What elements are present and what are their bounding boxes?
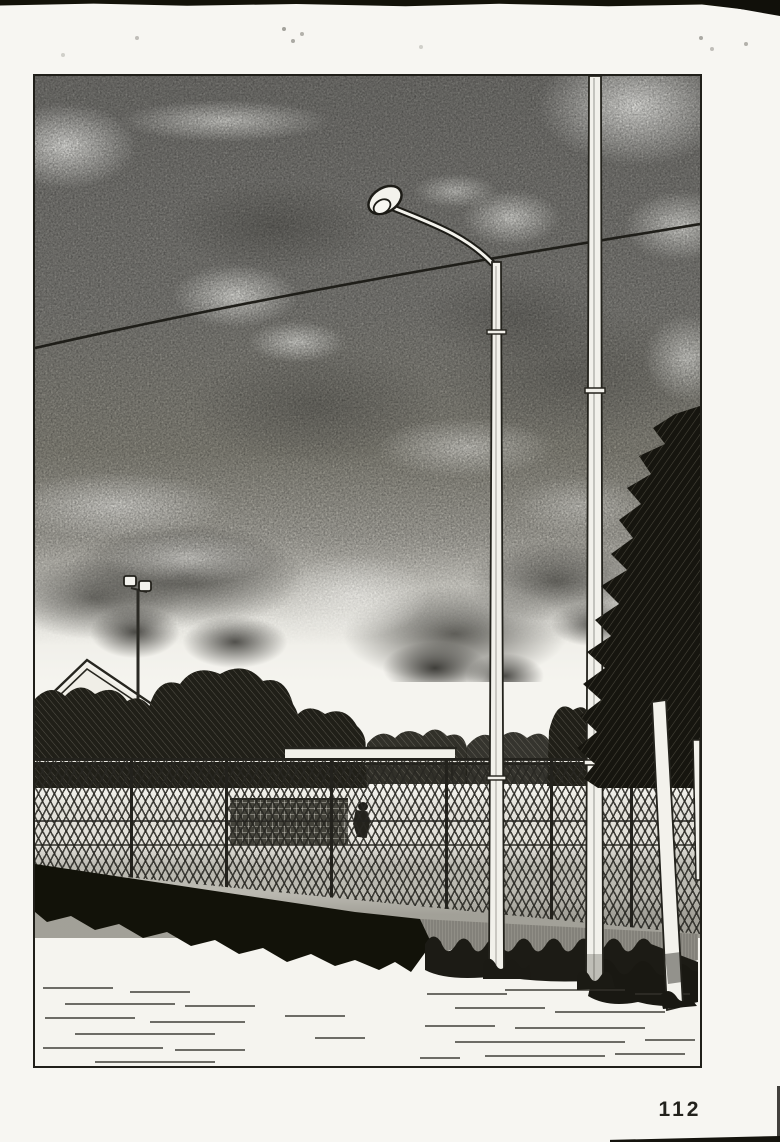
manga-panel — [33, 74, 702, 1068]
page-number: 112 — [648, 1098, 712, 1122]
lamp-arm — [391, 207, 493, 264]
manga-page: 112 — [0, 0, 780, 1142]
edge-tree-trunk — [693, 740, 700, 880]
lamp-base-tuft — [483, 959, 531, 979]
scan-artifact-top — [0, 0, 780, 10]
scan-artifact-top-right — [694, 0, 780, 16]
street-lamp — [363, 180, 506, 975]
dust-specks — [0, 0, 2, 2]
utility-pole — [584, 76, 605, 985]
scan-artifact-bottom — [610, 1136, 780, 1142]
lamp-pole — [487, 262, 506, 975]
poles-and-lamp — [35, 76, 700, 1064]
